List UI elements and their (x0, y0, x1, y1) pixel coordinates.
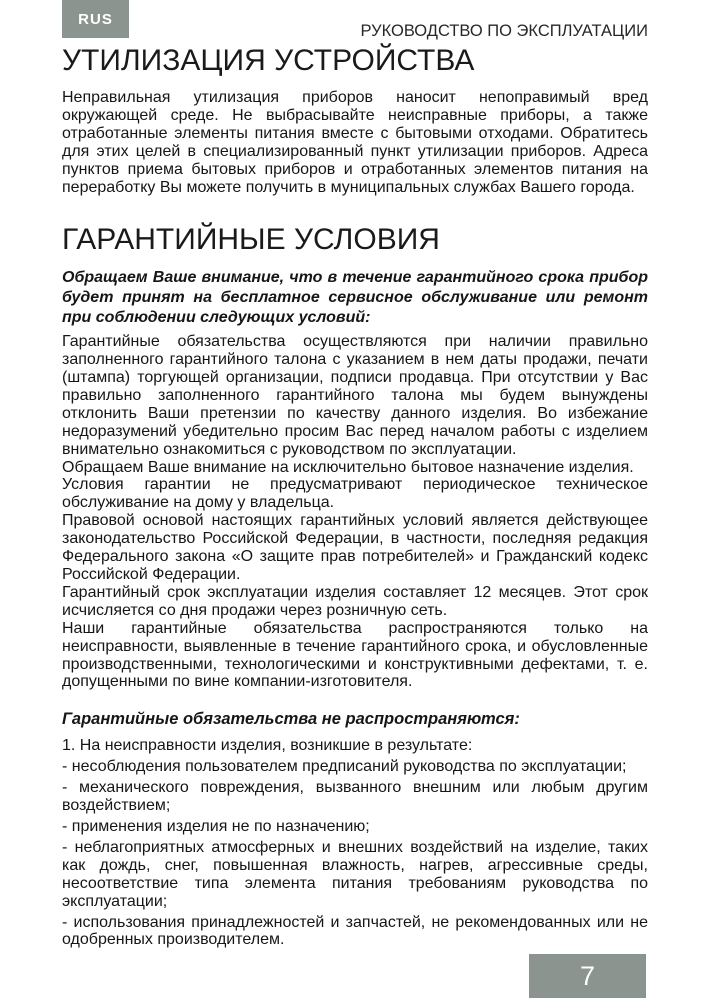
exclusion-item: - неблагоприятных атмосферных и внешних … (62, 839, 648, 911)
manual-header-title: РУКОВОДСТВО ПО ЭКСПЛУАТАЦИИ (360, 22, 648, 41)
disposal-section-title: УТИЛИЗАЦИЯ УСТРОЙСТВА (62, 44, 648, 78)
exclusion-item: - использования принадлежностей и запчас… (62, 914, 648, 950)
exclusions-heading: Гарантийные обязательства не распростран… (62, 710, 648, 729)
warranty-paragraph: Гарантийные обязательства осуществляются… (62, 333, 648, 458)
warranty-paragraph: Обращаем Ваше внимание на исключительно … (62, 459, 648, 477)
warranty-section-title: ГАРАНТИЙНЫЕ УСЛОВИЯ (62, 223, 648, 257)
warranty-paragraph: Правовой основой настоящих гарантийных у… (62, 512, 648, 584)
warranty-paragraph: Наши гарантийные обязательства распростр… (62, 620, 648, 692)
warranty-lead-paragraph: Обращаем Ваше внимание, что в течение га… (62, 268, 648, 327)
exclusion-item: - применения изделия не по назначению; (62, 818, 648, 836)
disposal-paragraph: Неправильная утилизация приборов наносит… (62, 89, 648, 196)
exclusion-item: - несоблюдения пользователем предписаний… (62, 758, 648, 776)
exclusions-intro: 1. На неисправности изделия, возникшие в… (62, 737, 648, 755)
warranty-paragraph: Условия гарантии не предусматривают пери… (62, 476, 648, 512)
manual-page: RUS РУКОВОДСТВО ПО ЭКСПЛУАТАЦИИ УТИЛИЗАЦ… (0, 0, 705, 1000)
page-content: УТИЛИЗАЦИЯ УСТРОЙСТВА Неправильная утили… (62, 44, 648, 952)
exclusion-item: - механического повреждения, вызванного … (62, 779, 648, 815)
warranty-paragraph: Гарантийный срок эксплуатации изделия со… (62, 584, 648, 620)
language-badge: RUS (62, 0, 129, 38)
page-number-badge: 7 (529, 954, 646, 998)
